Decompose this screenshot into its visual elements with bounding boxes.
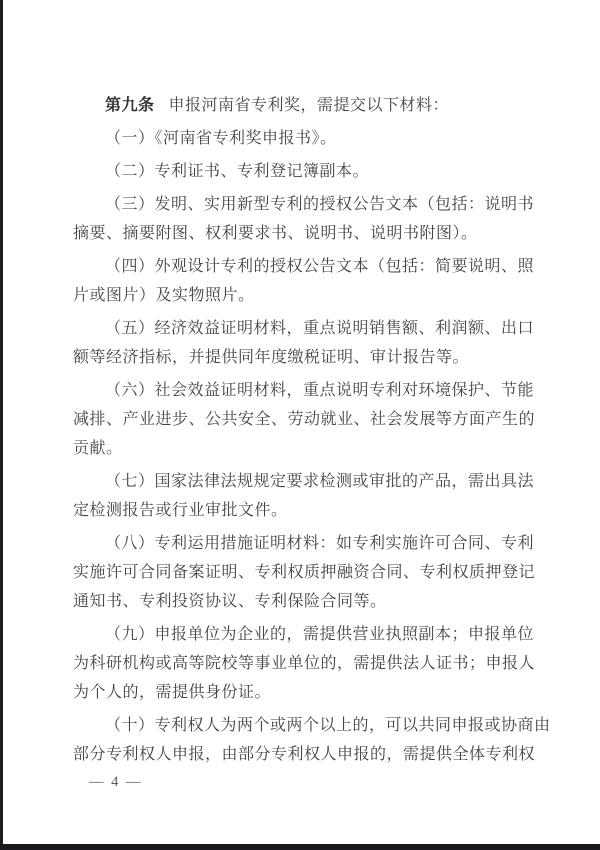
text-line: （三）发明、实用新型专利的授权公告文本（包括：说明书 — [73, 190, 538, 219]
article-number: 第九条 — [105, 97, 155, 114]
text-line: 为科研机构或高等院校等事业单位的，需提供法人证书；申报人 — [73, 649, 538, 678]
paragraph: （十）专利权人为两个或两个以上的，可以共同申报或协商由部分专利权人申报，由部分专… — [73, 711, 538, 769]
paragraph: （五）经济效益证明材料，重点说明销售额、利润额、出口额等经济指标，并提供同年度缴… — [73, 314, 538, 372]
text-line: 通知书、专利投资协议、专利保险合同等。 — [73, 587, 538, 616]
text-line: 片或图片）及实物照片。 — [73, 281, 538, 310]
text-line: （一）《河南省专利奖申报书》。 — [73, 124, 538, 153]
text-line: （七）国家法律法规规定要求检测或审批的产品，需出具法 — [73, 467, 538, 496]
text-line: 为个人的，需提供身份证。 — [73, 678, 538, 707]
text-line: 额等经济指标，并提供同年度缴税证明、审计报告等。 — [73, 343, 538, 372]
paragraph: （九）申报单位为企业的，需提供营业执照副本；申报单位为科研机构或高等院校等事业单… — [73, 620, 538, 707]
scan-edge-bottom — [0, 844, 600, 850]
text-line: 贡献。 — [73, 434, 538, 463]
text-line: （四）外观设计专利的授权公告文本（包括：简要说明、照 — [73, 252, 538, 281]
text-line: （二）专利证书、专利登记簿副本。 — [73, 157, 538, 186]
text-line: （八）专利运用措施证明材料：如专利实施许可合同、专利 — [73, 529, 538, 558]
document-body: 第九条申报河南省专利奖，需提交以下材料： （一）《河南省专利奖申报书》。 （二）… — [0, 0, 600, 791]
article-intro-text: 申报河南省专利奖，需提交以下材料： — [169, 97, 450, 114]
article-paragraphs: （一）《河南省专利奖申报书》。 （二）专利证书、专利登记簿副本。 （三）发明、实… — [73, 124, 538, 769]
paragraph: （七）国家法律法规规定要求检测或审批的产品，需出具法定检测报告或行业审批文件。 — [73, 467, 538, 525]
article-heading-line: 第九条申报河南省专利奖，需提交以下材料： — [73, 91, 538, 120]
paragraph: （六）社会效益证明材料，重点说明专利对环境保护、节能减排、产业进步、公共安全、劳… — [73, 376, 538, 463]
paragraph: （二）专利证书、专利登记簿副本。 — [73, 157, 538, 186]
text-line: 减排、产业进步、公共安全、劳动就业、社会发展等方面产生的 — [73, 405, 538, 434]
paragraph: （三）发明、实用新型专利的授权公告文本（包括：说明书摘要、摘要附图、权利要求书、… — [73, 190, 538, 248]
article-heading: 第九条申报河南省专利奖，需提交以下材料： — [73, 91, 538, 120]
text-line: 摘要、摘要附图、权利要求书、说明书、说明书附图）。 — [73, 219, 538, 248]
text-line: （五）经济效益证明材料，重点说明销售额、利润额、出口 — [73, 314, 538, 343]
text-line: （十）专利权人为两个或两个以上的，可以共同申报或协商由 — [73, 711, 538, 740]
paragraph: （一）《河南省专利奖申报书》。 — [73, 124, 538, 153]
document-page: 第九条申报河南省专利奖，需提交以下材料： （一）《河南省专利奖申报书》。 （二）… — [0, 0, 600, 850]
text-line: （六）社会效益证明材料，重点说明专利对环境保护、节能 — [73, 376, 538, 405]
page-number: — 4 — — [89, 773, 538, 791]
paragraph: （八）专利运用措施证明材料：如专利实施许可合同、专利实施许可合同备案证明、专利权… — [73, 529, 538, 616]
text-line: 定检测报告或行业审批文件。 — [73, 496, 538, 525]
text-line: （九）申报单位为企业的，需提供营业执照副本；申报单位 — [73, 620, 538, 649]
text-line: 实施许可合同备案证明、专利权质押融资合同、专利权质押登记 — [73, 558, 538, 587]
paragraph: （四）外观设计专利的授权公告文本（包括：简要说明、照片或图片）及实物照片。 — [73, 252, 538, 310]
text-line: 部分专利权人申报，由部分专利权人申报的，需提供全体专利权 — [73, 740, 538, 769]
